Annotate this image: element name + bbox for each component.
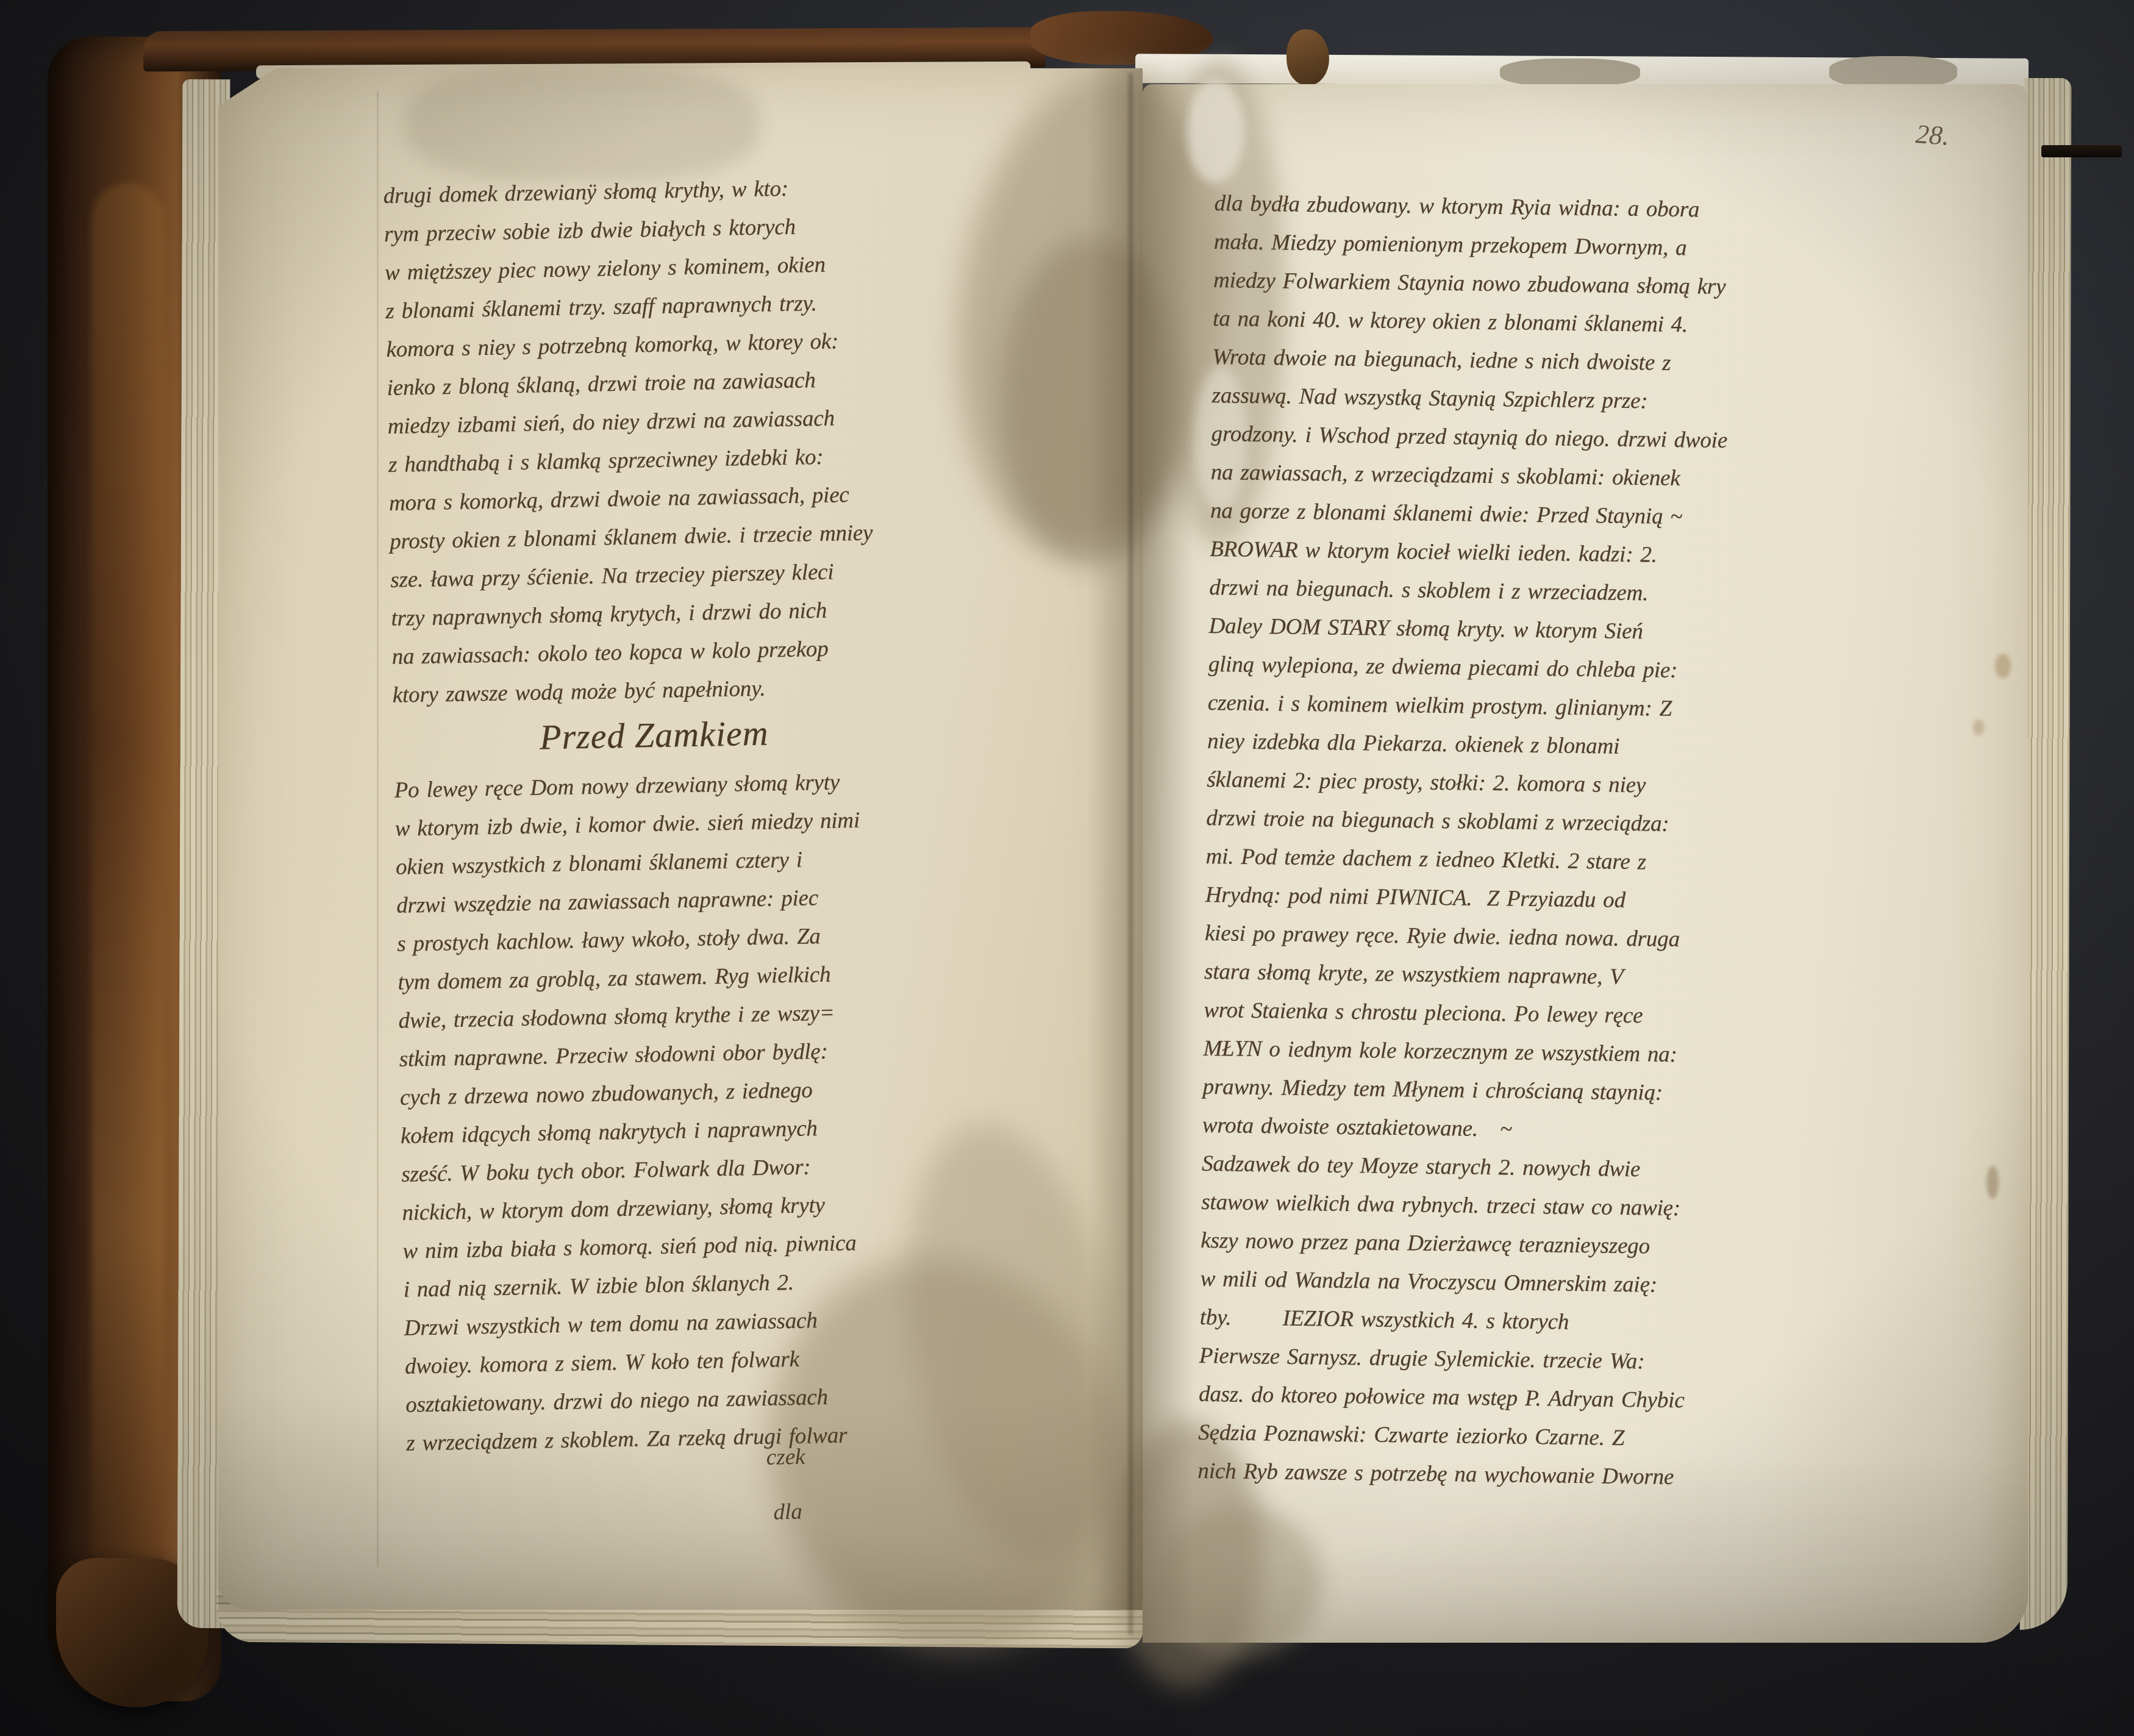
photo-vignette xyxy=(0,0,2134,1736)
manuscript-photo-scene: Przed Zamkiem czek dla drugi domek drzew… xyxy=(0,0,2134,1736)
